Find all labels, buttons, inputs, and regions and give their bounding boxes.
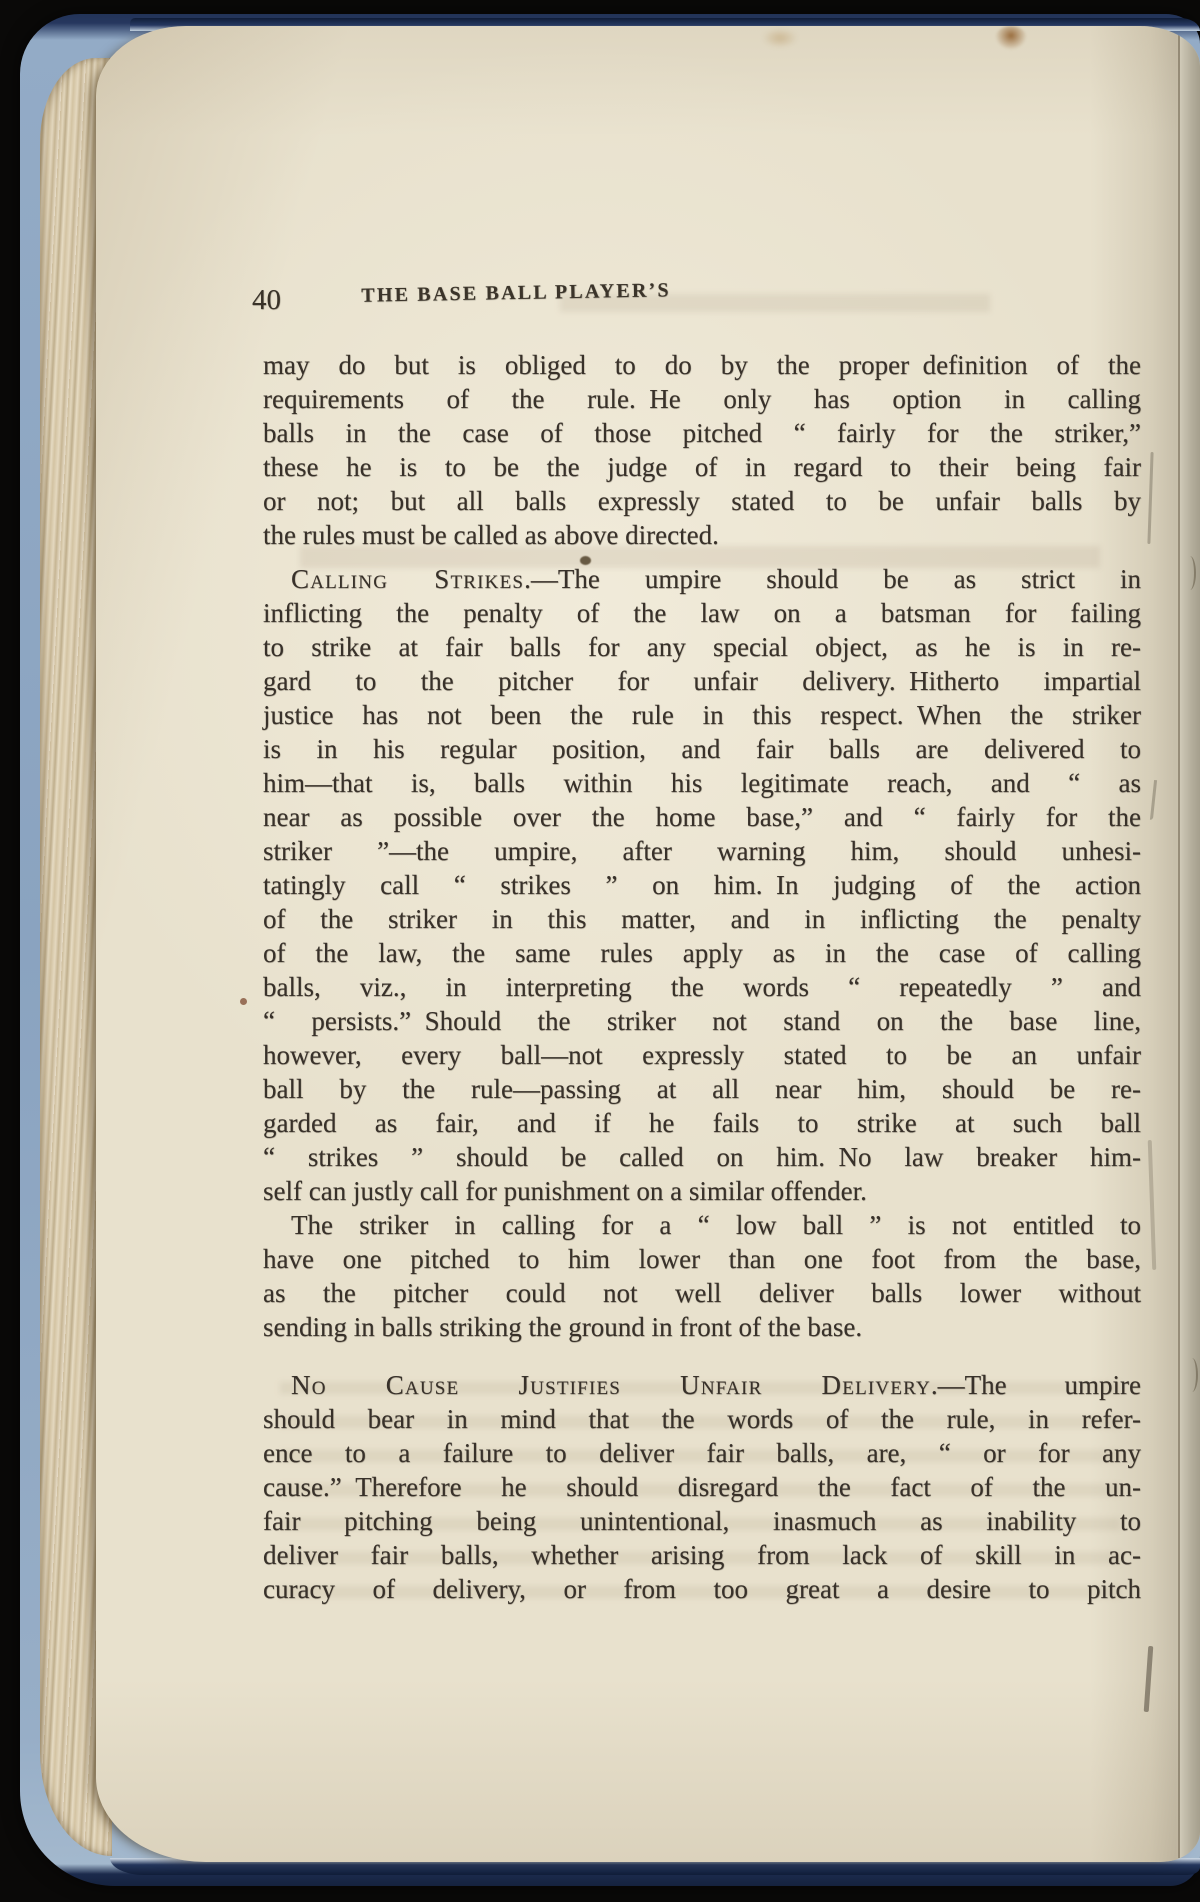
paragraph: No Cause Justifies Unfair Delivery.—The … [263,1368,1141,1606]
text-line: gard to the pitcher for unfair delivery.… [263,664,1141,698]
text-line: ence to a failure to deliver fair balls,… [263,1436,1141,1470]
text-line: The striker in calling for a “ low ball … [263,1208,1141,1242]
text-line: requirements of the rule. He only has op… [263,382,1141,416]
text-line: inflicting the penalty of the law on a b… [263,596,1141,630]
text-line: the rules must be called as above direct… [263,518,1141,552]
text-line: cause.” Therefore he should disregard th… [263,1470,1141,1504]
text-line: of the striker in this matter, and in in… [263,902,1141,936]
page-number: 40 [252,284,281,317]
text-line: or not; but all balls expressly stated t… [263,484,1141,518]
text-line: however, every ball—not expressly stated… [263,1038,1141,1072]
small-caps-heading: Calling Strikes [291,564,524,594]
text-line: have one pitched to him lower than one f… [263,1242,1141,1276]
text-line: him—that is, balls within his legitimate… [263,766,1141,800]
text-line: may do but is obliged to do by the prope… [263,348,1141,382]
small-caps-heading: No Cause Justifies Unfair Delivery [291,1370,931,1400]
page-text-block: may do but is obliged to do by the prope… [263,348,1141,1606]
text-line: ball by the rule—passing at all near him… [263,1072,1141,1106]
text-line: deliver fair balls, whether arising from… [263,1538,1141,1572]
text-line: of the law, the same rules apply as in t… [263,936,1141,970]
text-line: to strike at fair balls for any special … [263,630,1141,664]
next-page-edge [1180,26,1200,1862]
text-line: balls, viz., in interpreting the words “… [263,970,1141,1004]
text-line: tatingly call “ strikes ” on him. In jud… [263,868,1141,902]
text-line: balls in the case of those pitched “ fai… [263,416,1141,450]
paragraph: The striker in calling for a “ low ball … [263,1208,1141,1344]
text-line: should bear in mind that the words of th… [263,1402,1141,1436]
text-line: No Cause Justifies Unfair Delivery.—The … [263,1368,1141,1402]
page-edge-line [1178,30,1180,1858]
text-line: these he is to be the judge of in regard… [263,450,1141,484]
text-line: striker ”—the umpire, after warning him,… [263,834,1141,868]
text-line: Calling Strikes.—The umpire should be as… [263,562,1141,596]
text-line: self can justly call for punishment on a… [263,1174,1141,1208]
paragraph: Calling Strikes.—The umpire should be as… [263,562,1141,1208]
text-line: garded as fair, and if he fails to strik… [263,1106,1141,1140]
text-line: as the pitcher could not well deliver ba… [263,1276,1141,1310]
text-line: “ persists.” Should the striker not stan… [263,1004,1141,1038]
text-line: “ strikes ” should be called on him. No … [263,1140,1141,1174]
text-line: near as possible over the home base,” an… [263,800,1141,834]
text-line: is in his regular position, and fair bal… [263,732,1141,766]
book-page: 40 THE BASE BALL PLAYER’S may do but is … [96,26,1200,1862]
paragraph: may do but is obliged to do by the prope… [263,348,1141,552]
text-line: sending in balls striking the ground in … [263,1310,1141,1344]
text-line: curacy of delivery, or from too great a … [263,1572,1141,1606]
text-line: fair pitching being unintentional, inasm… [263,1504,1141,1538]
text-line: justice has not been the rule in this re… [263,698,1141,732]
